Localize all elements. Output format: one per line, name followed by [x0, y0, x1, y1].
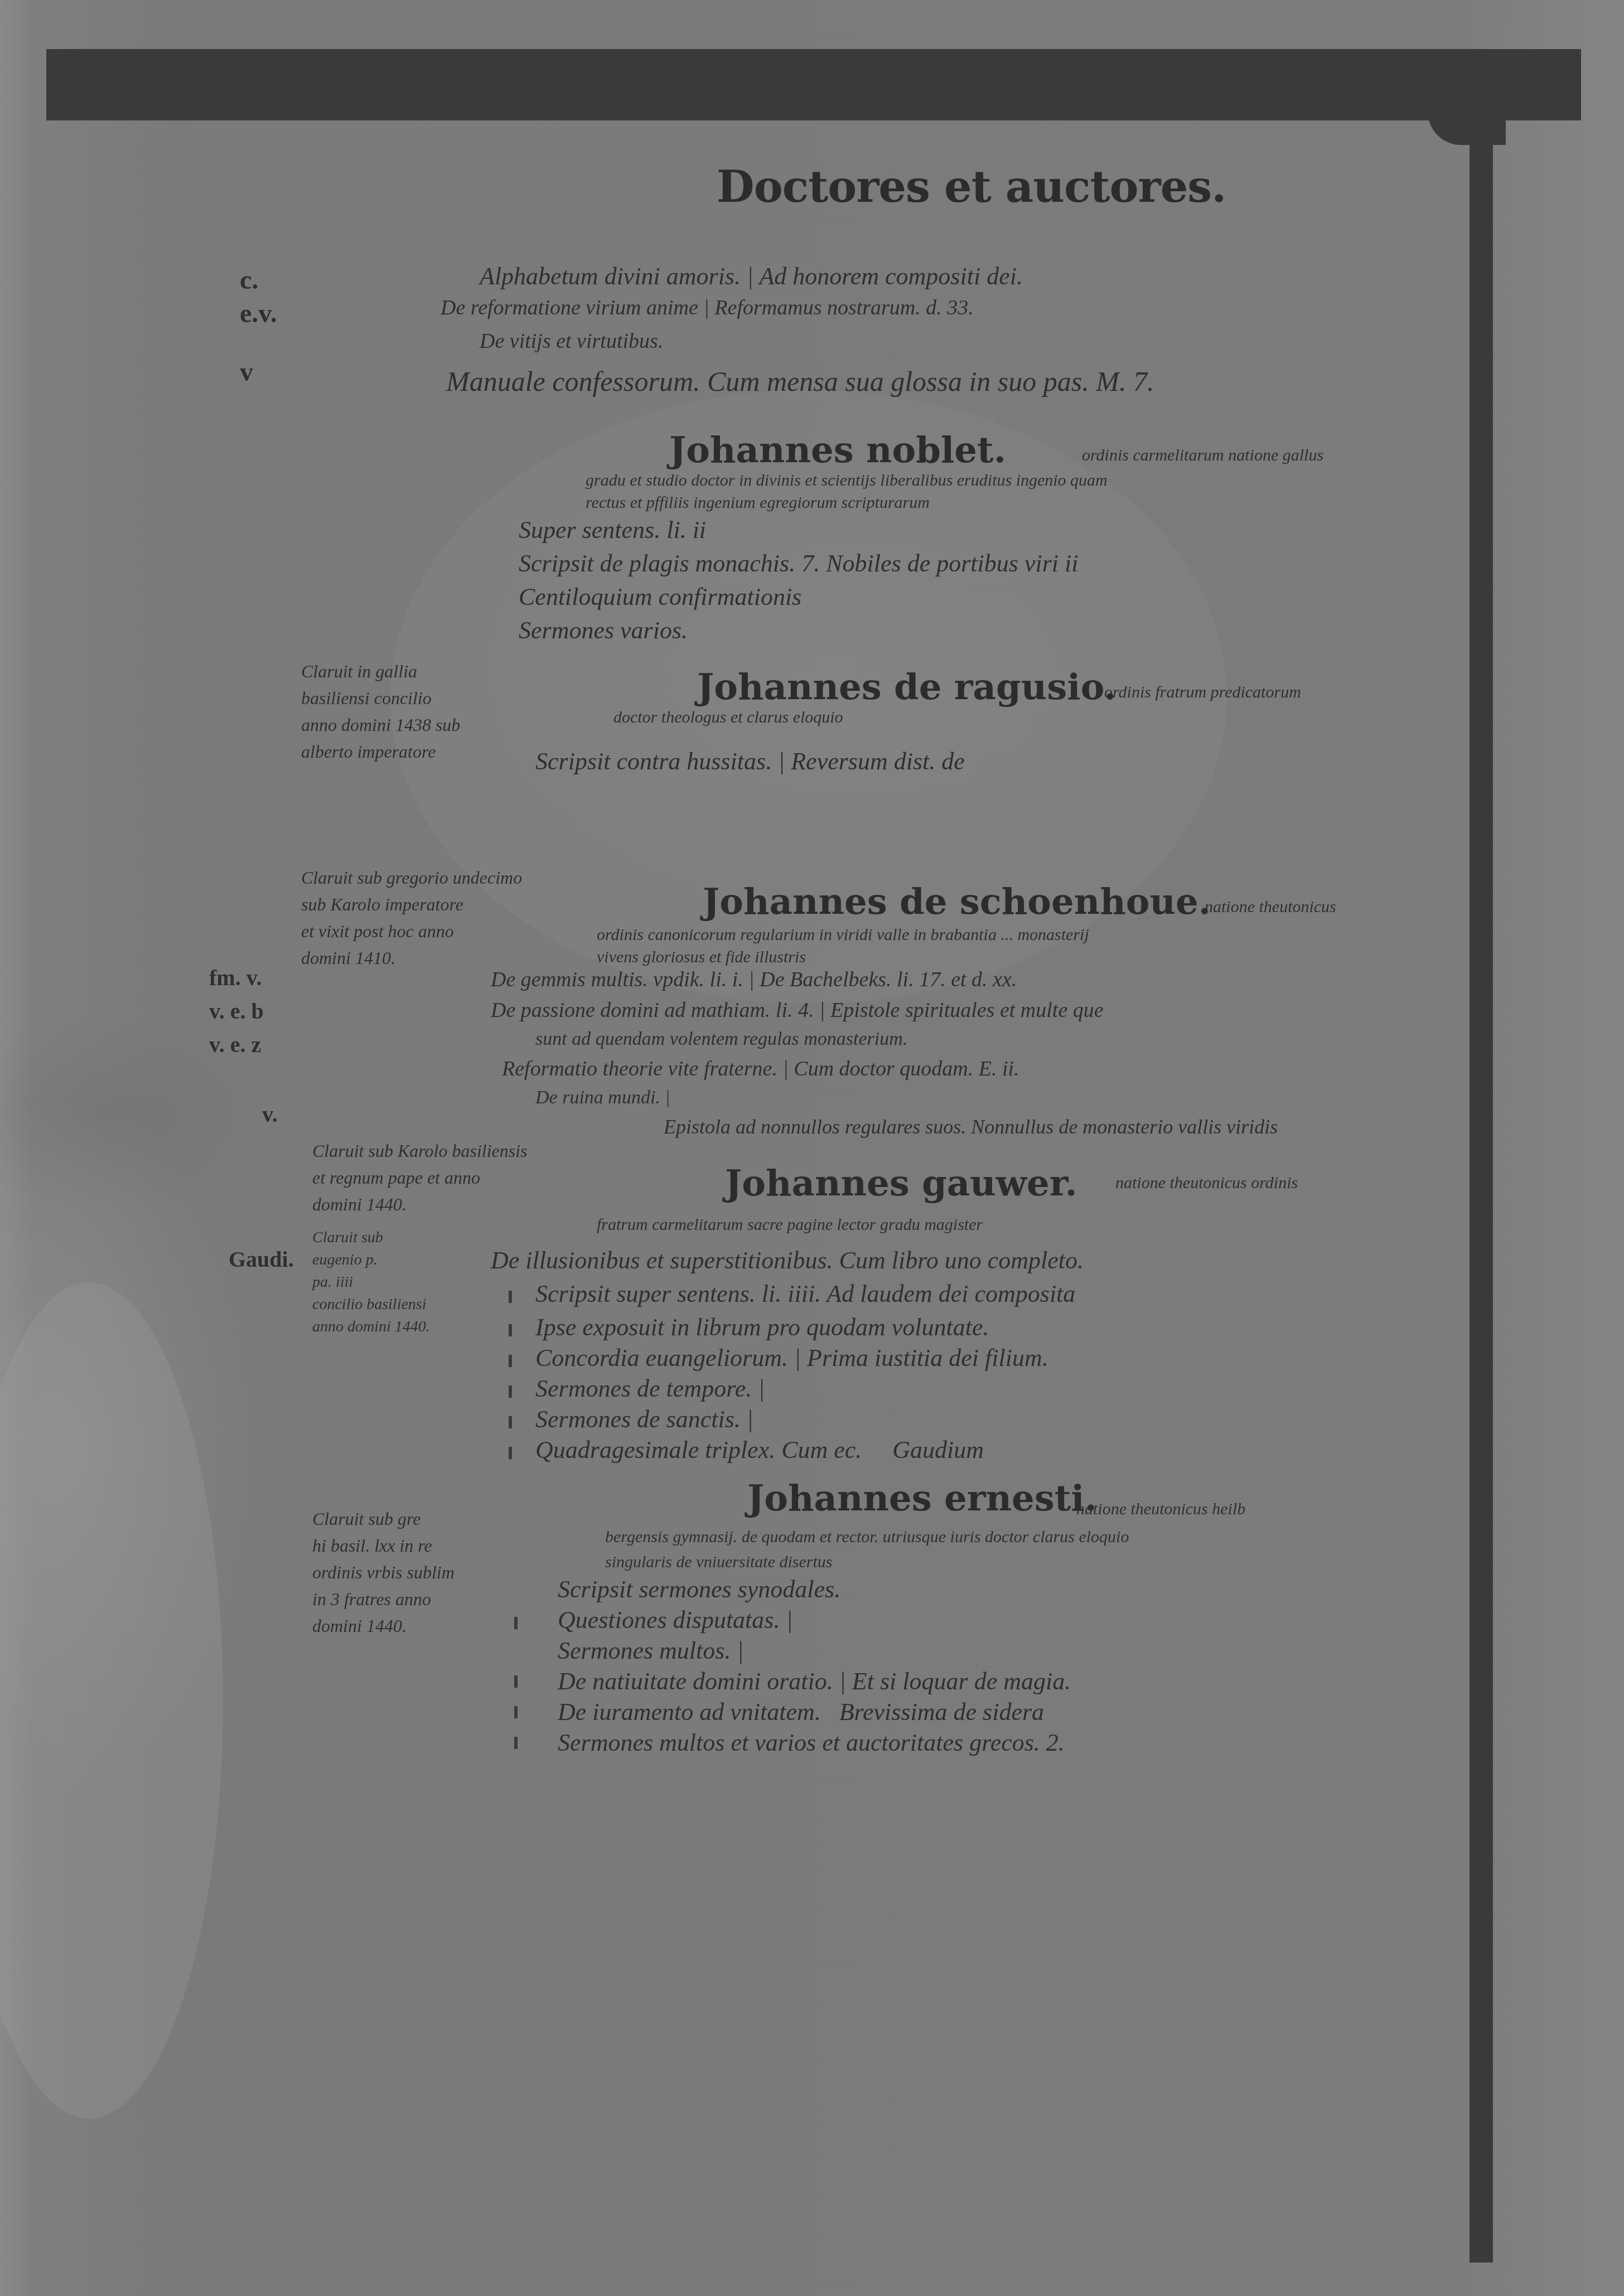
work-line: Epistola ad nonnullos regulares suos. No… [664, 1115, 1278, 1139]
work-line: Manuale confessorum. Cum mensa sua gloss… [446, 365, 1154, 398]
author-description: ordinis canonicorum regularium in viridi… [597, 926, 1089, 944]
work-line: De iuramento ad vnitatem. Brevissima de … [558, 1698, 1044, 1726]
list-mark [514, 1706, 518, 1718]
author-description: vivens gloriosus et fide illustris [597, 948, 806, 967]
author-description: natione theutonicus ordinis [1115, 1174, 1298, 1193]
author-heading: Johannes de schoenhoue. [703, 881, 1211, 923]
author-description: fratrum carmelitarum sacre pagine lector… [597, 1215, 983, 1234]
right-border-bar [1470, 95, 1493, 2263]
work-line: Super sentens. li. ii [519, 516, 706, 544]
author-heading: Johannes gauwer. [725, 1162, 1077, 1204]
list-mark [509, 1386, 512, 1398]
margin-letter: fm. v. [209, 965, 262, 991]
margin-note: Claruit sub gre hi basil. lxx in re ordi… [312, 1505, 455, 1639]
list-mark [514, 1675, 518, 1688]
margin-label: Gaudi. [229, 1246, 294, 1272]
work-line: Sermones multos. | [558, 1636, 744, 1665]
work-line: Scripsit de plagis monachis. 7. Nobiles … [519, 549, 1078, 578]
page-title: Doctores et auctores. [717, 162, 1226, 212]
margin-note: Claruit sub eugenio p. pa. iiii concilio… [312, 1227, 430, 1338]
manuscript-page: Doctores et auctores. c. e.v. v Alphabet… [0, 0, 1624, 2296]
list-mark [514, 1617, 518, 1629]
work-line: Sermones de sanctis. | [535, 1405, 753, 1433]
list-mark [514, 1737, 518, 1749]
work-line: Sermones multos et varios et auctoritate… [558, 1728, 1065, 1757]
water-stain [0, 1282, 223, 2119]
list-mark [509, 1447, 512, 1459]
author-description: natione theutonicus heilb [1076, 1500, 1245, 1519]
author-description: gradu et studio doctor in divinis et sci… [586, 471, 1108, 490]
margin-letter: c. [240, 265, 258, 296]
work-line: De reformatione virium anime | Reformamu… [441, 296, 974, 320]
top-border-bar [46, 49, 1581, 120]
author-heading: Johannes noblet. [669, 429, 1006, 471]
work-line: De illusionibus et superstitionibus. Cum… [491, 1246, 1084, 1275]
work-line: De passione domini ad mathiam. li. 4. | … [491, 998, 1104, 1023]
margin-note: Claruit sub gregorio undecimo sub Karolo… [301, 864, 522, 971]
work-line: sunt ad quendam volentem regulas monaste… [535, 1029, 907, 1050]
margin-note: Claruit sub Karolo basiliensis et regnum… [312, 1137, 528, 1218]
margin-letter: v. e. z [209, 1031, 261, 1058]
work-line: De vitijs et virtutibus. [480, 329, 663, 353]
author-description: singularis de vniuersitate disertus [605, 1553, 833, 1572]
list-mark [509, 1416, 512, 1428]
work-line: De natiuitate domini oratio. | Et si loq… [558, 1667, 1071, 1696]
margin-letter: e.v. [240, 298, 277, 329]
author-description: doctor theologus et clarus eloquio [613, 708, 843, 727]
work-line: Alphabetum divini amoris. | Ad honorem c… [480, 262, 1023, 290]
work-line: Reformatio theorie vite fraterne. | Cum … [502, 1057, 1019, 1081]
work-line: Scripsit super sentens. li. iiii. Ad lau… [535, 1280, 1075, 1308]
work-line: De gemmis multis. vpdik. li. i. | De Bac… [491, 967, 1017, 992]
author-heading: Johannes de ragusio. [697, 666, 1116, 708]
author-description: rectus et pffiliis ingenium egregiorum s… [586, 493, 930, 512]
work-line: Quadragesimale triplex. Cum ec. Gaudium [535, 1436, 984, 1464]
work-line: Concordia euangeliorum. | Prima iustitia… [535, 1344, 1048, 1372]
border-joint [1428, 112, 1506, 145]
work-line: Questiones disputatas. | [558, 1606, 793, 1634]
work-line: Scripsit sermones synodales. [558, 1575, 840, 1604]
work-line: Centiloquium confirmationis [519, 583, 801, 611]
margin-letter: v. e. b [209, 998, 264, 1024]
author-description: natione theutonicus [1205, 898, 1336, 917]
margin-letter: v [240, 357, 253, 387]
work-line: Sermones varios. [519, 616, 688, 645]
work-line: Ipse exposuit in librum pro quodam volun… [535, 1313, 989, 1341]
list-mark [509, 1291, 512, 1303]
list-mark [509, 1355, 512, 1367]
author-heading: Johannes ernesti. [747, 1478, 1097, 1519]
work-line: Sermones de tempore. | [535, 1374, 765, 1403]
work-line: De ruina mundi. | [535, 1087, 670, 1108]
margin-letter: v. [262, 1101, 278, 1127]
author-description: bergensis gymnasij. de quodam et rector.… [605, 1528, 1129, 1547]
author-description: ordinis fratrum predicatorum [1104, 683, 1301, 702]
work-line: Scripsit contra hussitas. | Reversum dis… [535, 747, 965, 776]
margin-note: Claruit in gallia basiliensi concilio an… [301, 658, 460, 765]
list-mark [509, 1324, 512, 1336]
author-description: ordinis carmelitarum natione gallus [1082, 446, 1323, 465]
